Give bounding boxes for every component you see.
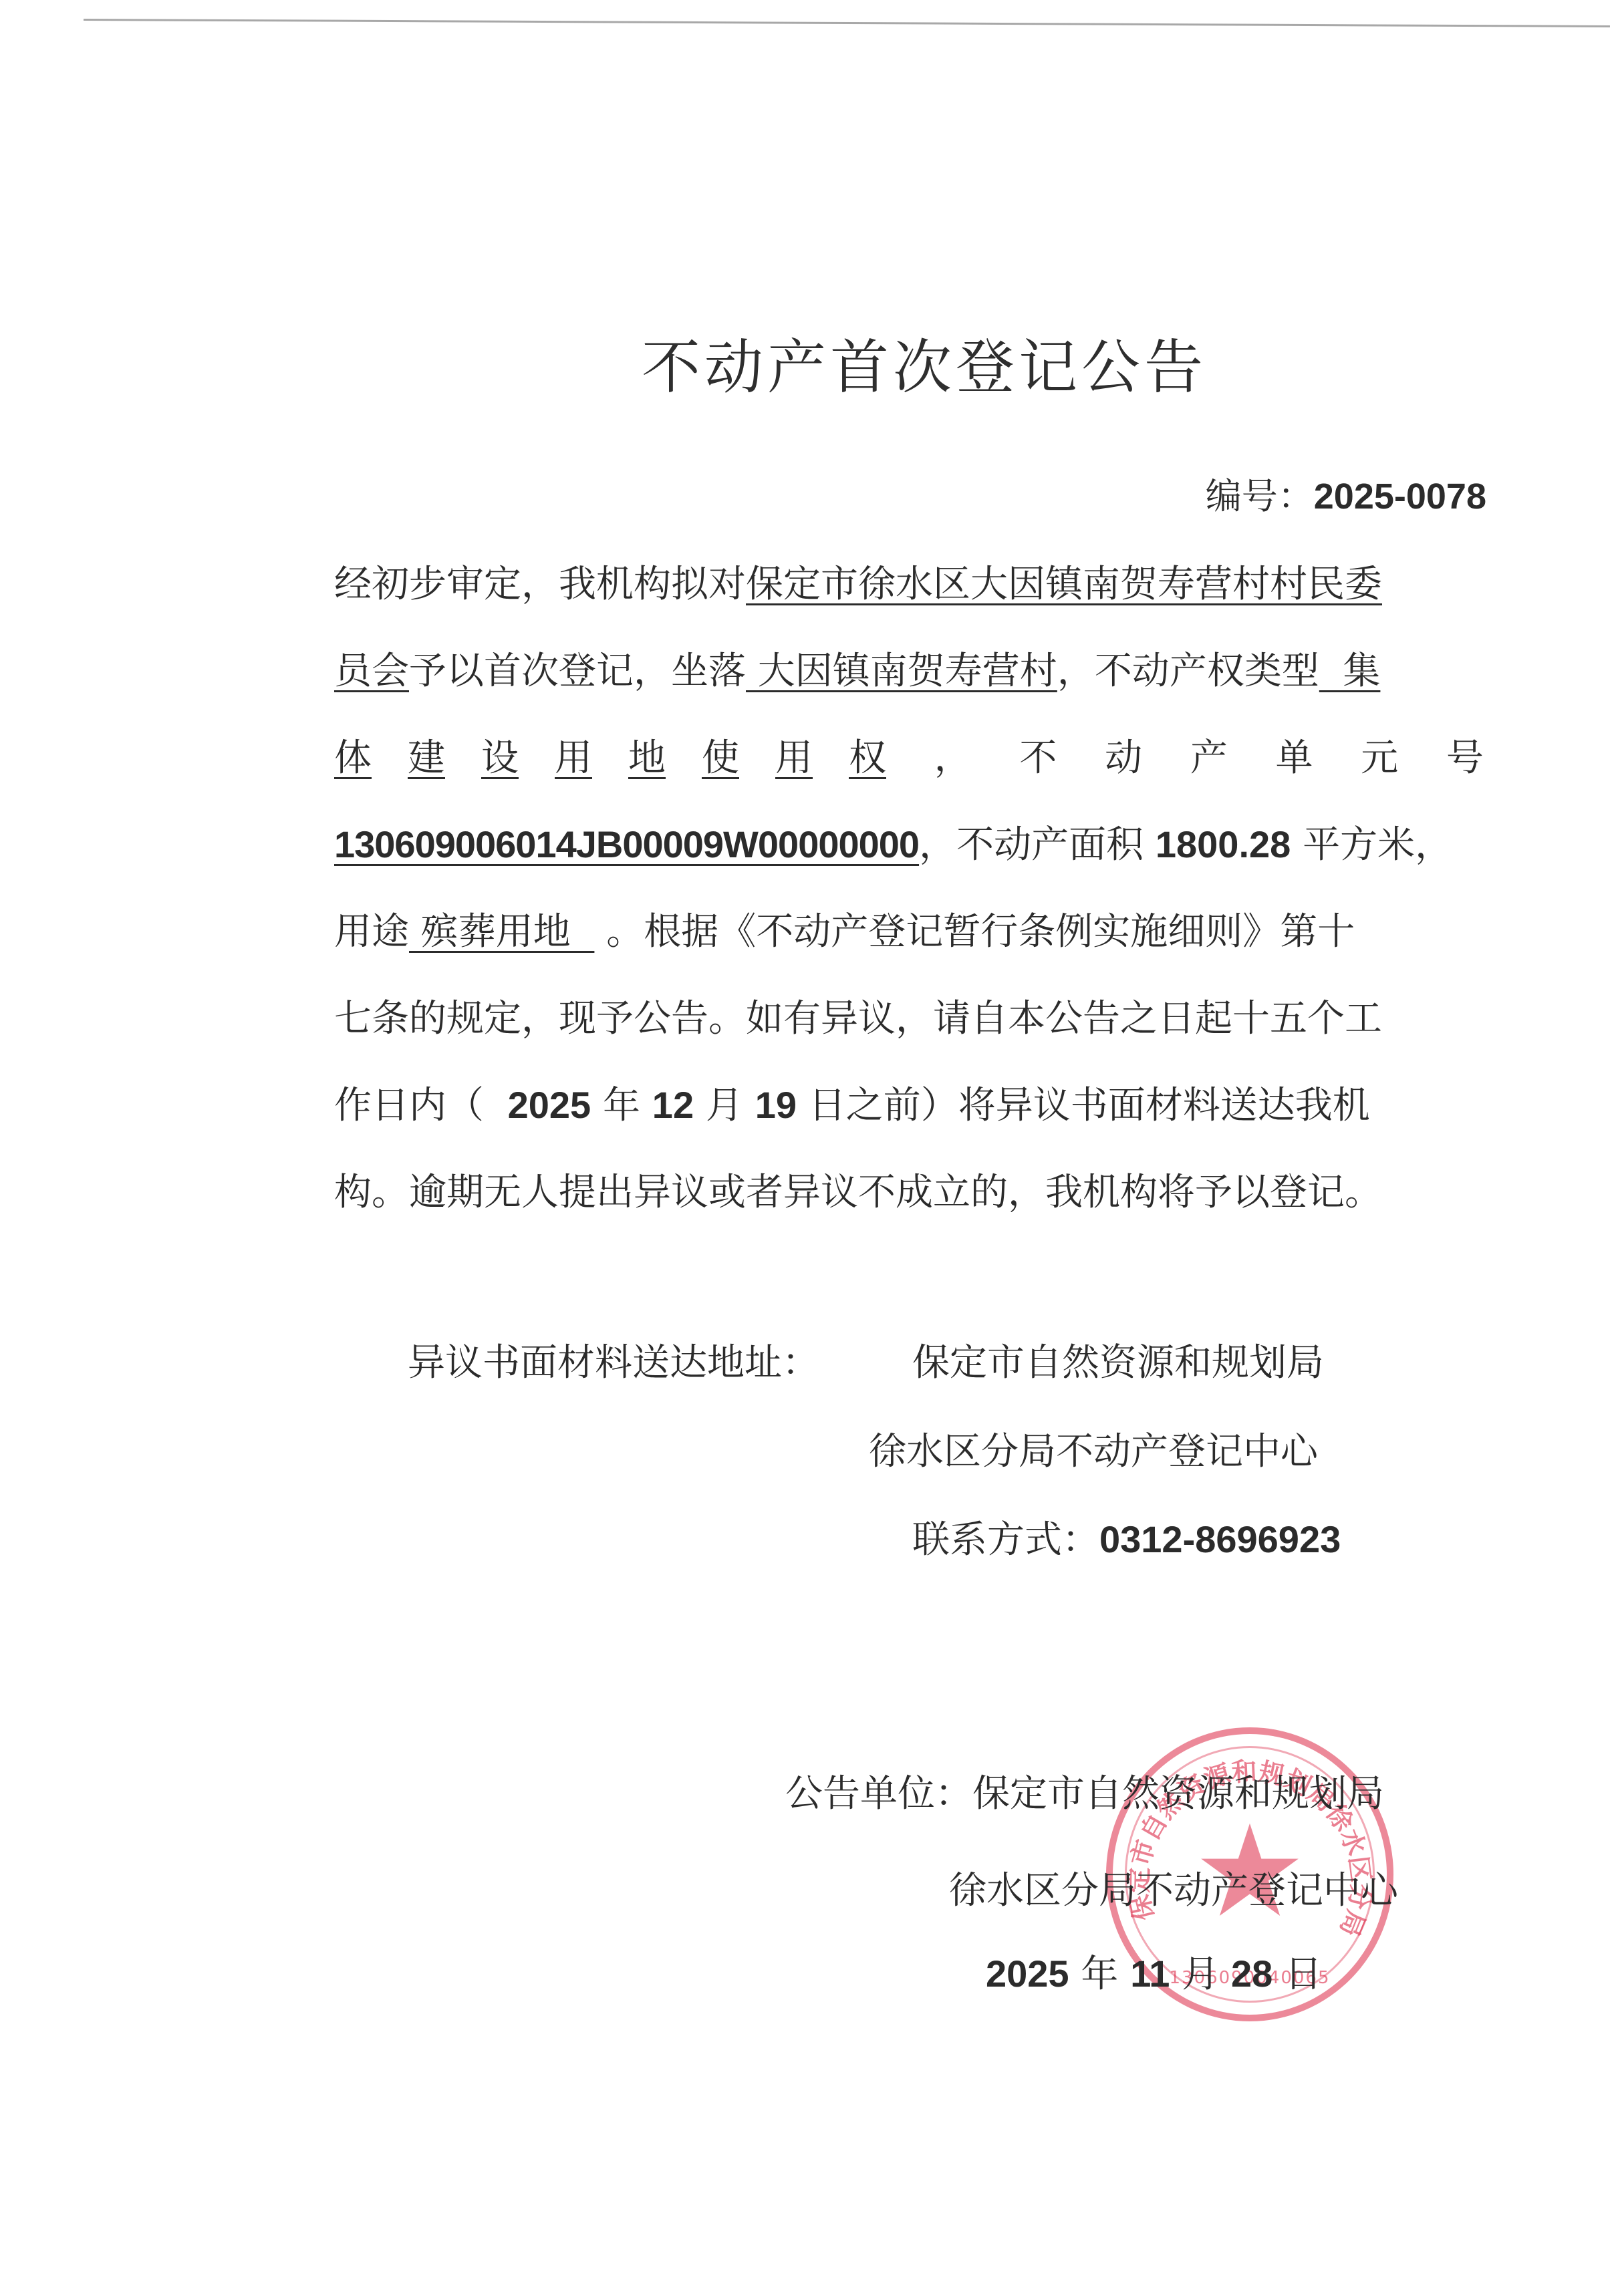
issuer-label: 公告单位：: [785, 1772, 972, 1816]
body-line-1: 经初步审定，我机构拟对保定市徐水区大因镇南贺寿营村村民委: [334, 555, 1484, 608]
issuer-line-2: 徐水区分局不动产登记中心: [949, 1861, 1398, 1914]
body-line-5: 用途 殡葬用地 。根据《不动产登记暂行条例实施细则》第十: [334, 902, 1484, 956]
char: 不: [1019, 728, 1057, 782]
date-text: 月: [1170, 1953, 1231, 1996]
right-type-cont: 体 建 设 用 地 使 用 权: [334, 728, 886, 782]
issuer-name: 保定市自然资源和规划局: [972, 1772, 1384, 1816]
char: 体: [334, 728, 372, 782]
char: 设: [481, 728, 519, 782]
contact-phone: 0312-8696923: [1099, 1518, 1341, 1560]
body-text: ，不动产面积: [919, 823, 1156, 867]
contact-label: 联系方式：: [912, 1518, 1099, 1562]
issue-year: 2025: [986, 1953, 1069, 1995]
body-text: 日之前）将异议书面材料送达我机: [797, 1084, 1370, 1127]
body-line-2: 员会予以首次登记，坐落 大因镇南贺寿营村，不动产权类型 集: [334, 641, 1484, 695]
body-text: 予以首次登记，坐落: [409, 650, 746, 693]
body-text: ，不动产权类型: [1057, 650, 1319, 693]
property-use: 殡葬用地: [409, 910, 594, 954]
body-text: 。根据《不动产登记暂行条例实施细则》第十: [594, 910, 1355, 954]
issue-month: 11: [1130, 1953, 1170, 1995]
char: 权: [849, 728, 886, 782]
char: 建: [408, 728, 445, 782]
issue-day: 28: [1231, 1953, 1272, 1995]
scan-top-edge-line: [84, 19, 1610, 27]
char: 使: [702, 728, 739, 782]
body-line-3: 体 建 设 用 地 使 用 权 ， 不 动 产 单 元 号: [334, 728, 1484, 782]
property-area: 1800.28: [1156, 823, 1291, 865]
issuer-line-1: 公告单位：保定市自然资源和规划局: [785, 1764, 1384, 1818]
body-text: 年: [591, 1084, 652, 1127]
char: 动: [1105, 728, 1142, 782]
char: 地: [628, 728, 666, 782]
body-line-7: 作日内（ 2025 年 12 月 19 日之前）将异议书面材料送达我机: [334, 1076, 1484, 1129]
deadline-day: 19: [755, 1084, 797, 1126]
char: 号: [1446, 728, 1484, 782]
objection-address-line-2: 徐水区分局不动产登记中心: [869, 1422, 1318, 1475]
property-location: 大因镇南贺寿营村: [746, 650, 1057, 693]
body-line-6: 七条的规定，现予公告。如有异议，请自本公告之日起十五个工: [334, 989, 1484, 1042]
date-text: 日: [1272, 1953, 1322, 1996]
char: 用: [555, 728, 592, 782]
body-text: 平方米，: [1291, 823, 1452, 867]
reference-label: 编号：: [1206, 475, 1314, 517]
date-text: 年: [1069, 1953, 1131, 1996]
property-unit-number: 130609006014JB00009W00000000: [334, 823, 919, 865]
right-type: 集: [1319, 650, 1381, 693]
body-text: 作日内（: [334, 1084, 508, 1127]
issue-date: 2025 年 11 月 28 日: [986, 1945, 1322, 1998]
body-text: 经初步审定，我机构拟对: [334, 563, 746, 606]
body-line-4: 130609006014JB00009W00000000，不动产面积 1800.…: [334, 815, 1484, 869]
objection-address-line-1: 保定市自然资源和规划局: [912, 1333, 1324, 1387]
char: 用: [775, 728, 813, 782]
deadline-month: 12: [652, 1084, 694, 1126]
char: 元: [1361, 728, 1398, 782]
deadline-year: 2025: [508, 1084, 591, 1126]
comma: ，: [934, 728, 972, 782]
use-label: 用途: [334, 910, 409, 954]
char: 单: [1276, 728, 1313, 782]
page-title: 不动产首次登记公告: [642, 321, 1207, 405]
contact-info: 联系方式：0312-8696923: [912, 1510, 1341, 1564]
body-line-8: 构。逾期无人提出异议或者异议不成立的，我机构将予以登记。: [334, 1163, 1484, 1216]
objection-address-label: 异议书面材料送达地址：: [408, 1333, 819, 1387]
applicant-name: 保定市徐水区大因镇南贺寿营村村民委: [746, 563, 1382, 606]
reference-number: 编号：2025-0078: [1206, 468, 1486, 519]
body-text: 月: [694, 1084, 755, 1127]
applicant-name-cont: 员会: [334, 650, 409, 693]
char: 产: [1190, 728, 1228, 782]
reference-value: 2025-0078: [1314, 476, 1486, 517]
